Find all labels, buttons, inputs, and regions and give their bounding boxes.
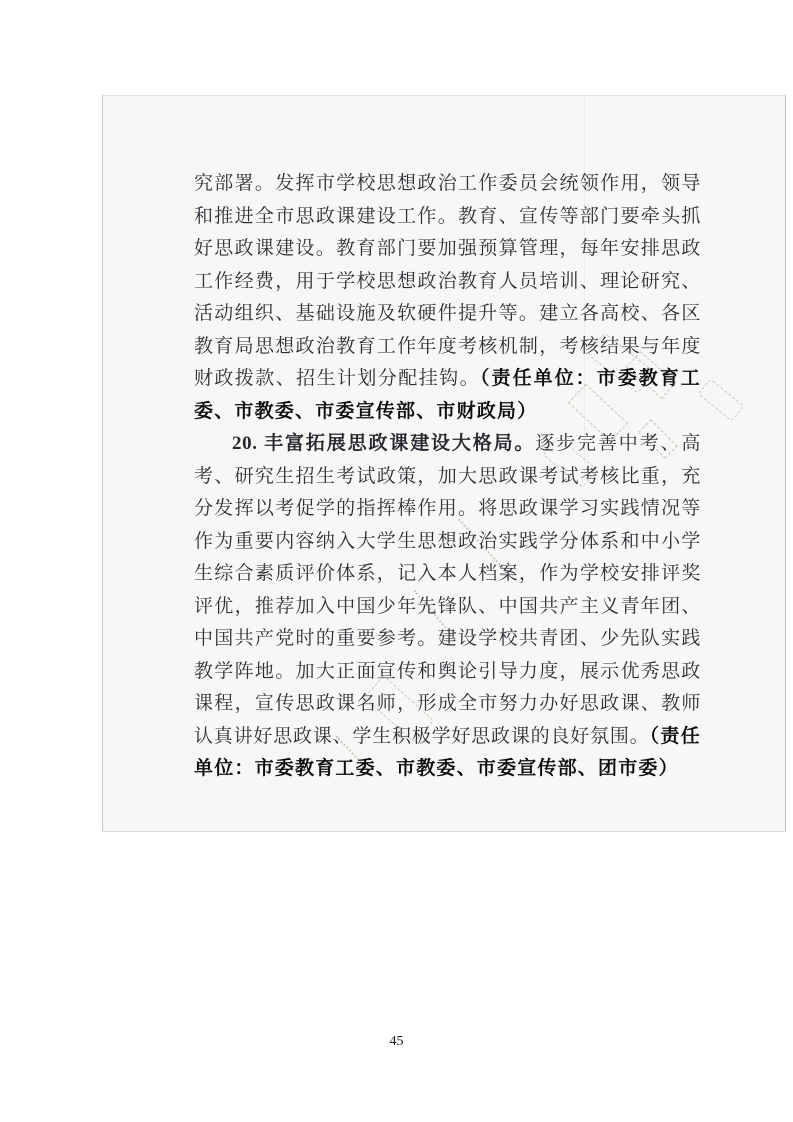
document-text: 究部署。发挥市学校思想政治工作委员会统领作用，领导和推进全市思政课建设工作。教育… bbox=[194, 168, 701, 786]
paragraph: 究部署。发挥市学校思想政治工作委员会统领作用，领导和推进全市思政课建设工作。教育… bbox=[194, 168, 701, 428]
text-segment: 20. 丰富拓展思政课建设大格局。 bbox=[232, 433, 535, 454]
text-segment: 逐步完善中考、高考、研究生招生考试政策，加大思政课考试考核比重，充分发挥以考促学… bbox=[194, 433, 701, 747]
paragraph: 20. 丰富拓展思政课建设大格局。逐步完善中考、高考、研究生招生考试政策，加大思… bbox=[194, 428, 701, 786]
scanned-document-page: 究部署。发挥市学校思想政治工作委员会统领作用，领导和推进全市思政课建设工作。教育… bbox=[102, 95, 786, 832]
page-number: 45 bbox=[0, 1034, 793, 1050]
watermark-artifact bbox=[698, 378, 745, 421]
text-segment: 究部署。发挥市学校思想政治工作委员会统领作用，领导和推进全市思政课建设工作。教育… bbox=[194, 173, 701, 389]
